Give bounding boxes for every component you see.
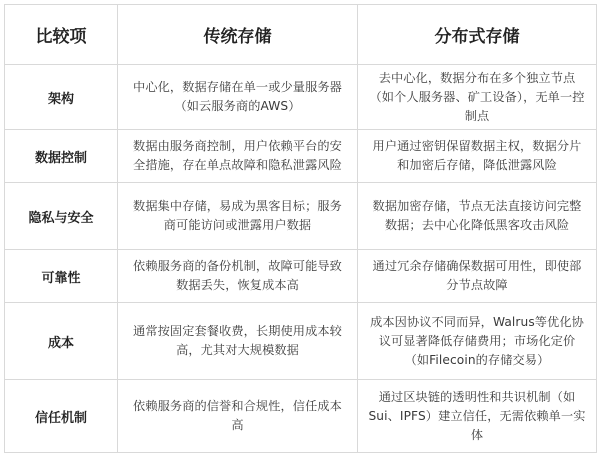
distributed-cell: 数据加密存储，节点无法直接访问完整数据；去中心化降低黑客攻击风险 xyxy=(358,183,597,250)
header-comparison-item: 比较项 xyxy=(5,5,118,65)
distributed-cell: 用户通过密钥保留数据主权，数据分片和加密后存储，降低泄露风险 xyxy=(358,130,597,183)
header-row: 比较项 传统存储 分布式存储 xyxy=(5,5,597,65)
header-distributed-storage: 分布式存储 xyxy=(358,5,597,65)
row-label: 隐私与安全 xyxy=(5,183,118,250)
row-label: 信任机制 xyxy=(5,380,118,453)
distributed-cell: 成本因协议不同而异，Walrus等优化协议可显著降低存储费用；市场化定价（如Fi… xyxy=(358,303,597,380)
row-label: 数据控制 xyxy=(5,130,118,183)
distributed-cell: 去中心化，数据分布在多个独立节点（如个人服务器、矿工设备），无单一控制点 xyxy=(358,65,597,130)
traditional-cell: 依赖服务商的备份机制，故障可能导致数据丢失，恢复成本高 xyxy=(118,250,358,303)
traditional-cell: 通常按固定套餐收费，长期使用成本较高，尤其对大规模数据 xyxy=(118,303,358,380)
traditional-cell: 中心化，数据存储在单一或少量服务器（如云服务商的AWS） xyxy=(118,65,358,130)
table-row-privacy-security: 隐私与安全 数据集中存储，易成为黑客目标；服务商可能访问或泄露用户数据 数据加密… xyxy=(5,183,597,250)
distributed-cell: 通过区块链的透明性和共识机制（如Sui、IPFS）建立信任，无需依赖单一实体 xyxy=(358,380,597,453)
comparison-table: 比较项 传统存储 分布式存储 架构 中心化，数据存储在单一或少量服务器（如云服务… xyxy=(4,4,597,453)
header-traditional-storage: 传统存储 xyxy=(118,5,358,65)
table-row-reliability: 可靠性 依赖服务商的备份机制，故障可能导致数据丢失，恢复成本高 通过冗余存储确保… xyxy=(5,250,597,303)
traditional-cell: 数据由服务商控制，用户依赖平台的安全措施，存在单点故障和隐私泄露风险 xyxy=(118,130,358,183)
distributed-cell: 通过冗余存储确保数据可用性，即使部分节点故障 xyxy=(358,250,597,303)
table-row-data-control: 数据控制 数据由服务商控制，用户依赖平台的安全措施，存在单点故障和隐私泄露风险 … xyxy=(5,130,597,183)
traditional-cell: 依赖服务商的信誉和合规性，信任成本高 xyxy=(118,380,358,453)
row-label: 架构 xyxy=(5,65,118,130)
table-row-architecture: 架构 中心化，数据存储在单一或少量服务器（如云服务商的AWS） 去中心化，数据分… xyxy=(5,65,597,130)
table-row-trust-mechanism: 信任机制 依赖服务商的信誉和合规性，信任成本高 通过区块链的透明性和共识机制（如… xyxy=(5,380,597,453)
row-label: 成本 xyxy=(5,303,118,380)
table-row-cost: 成本 通常按固定套餐收费，长期使用成本较高，尤其对大规模数据 成本因协议不同而异… xyxy=(5,303,597,380)
row-label: 可靠性 xyxy=(5,250,118,303)
traditional-cell: 数据集中存储，易成为黑客目标；服务商可能访问或泄露用户数据 xyxy=(118,183,358,250)
